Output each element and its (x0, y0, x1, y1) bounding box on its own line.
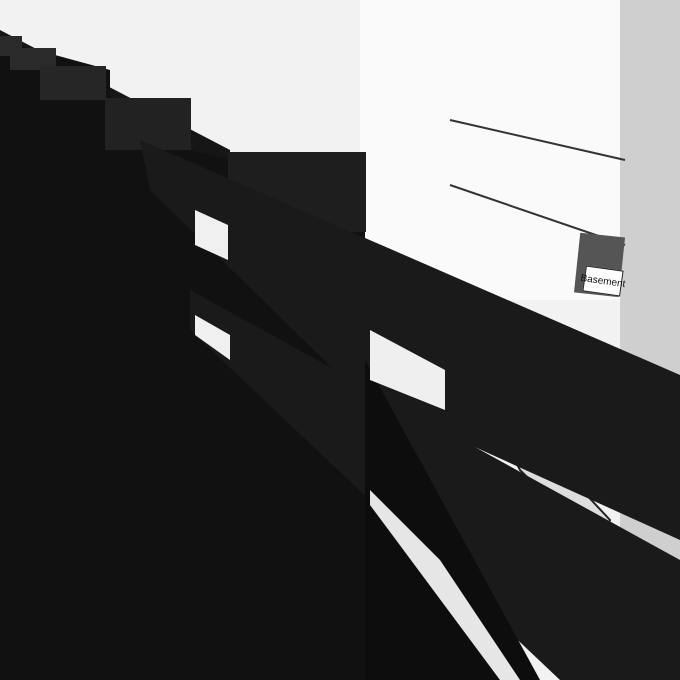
railing-scene (0, 0, 680, 680)
photograph: Basement (0, 0, 680, 680)
basement-sign: Basement (582, 265, 623, 296)
